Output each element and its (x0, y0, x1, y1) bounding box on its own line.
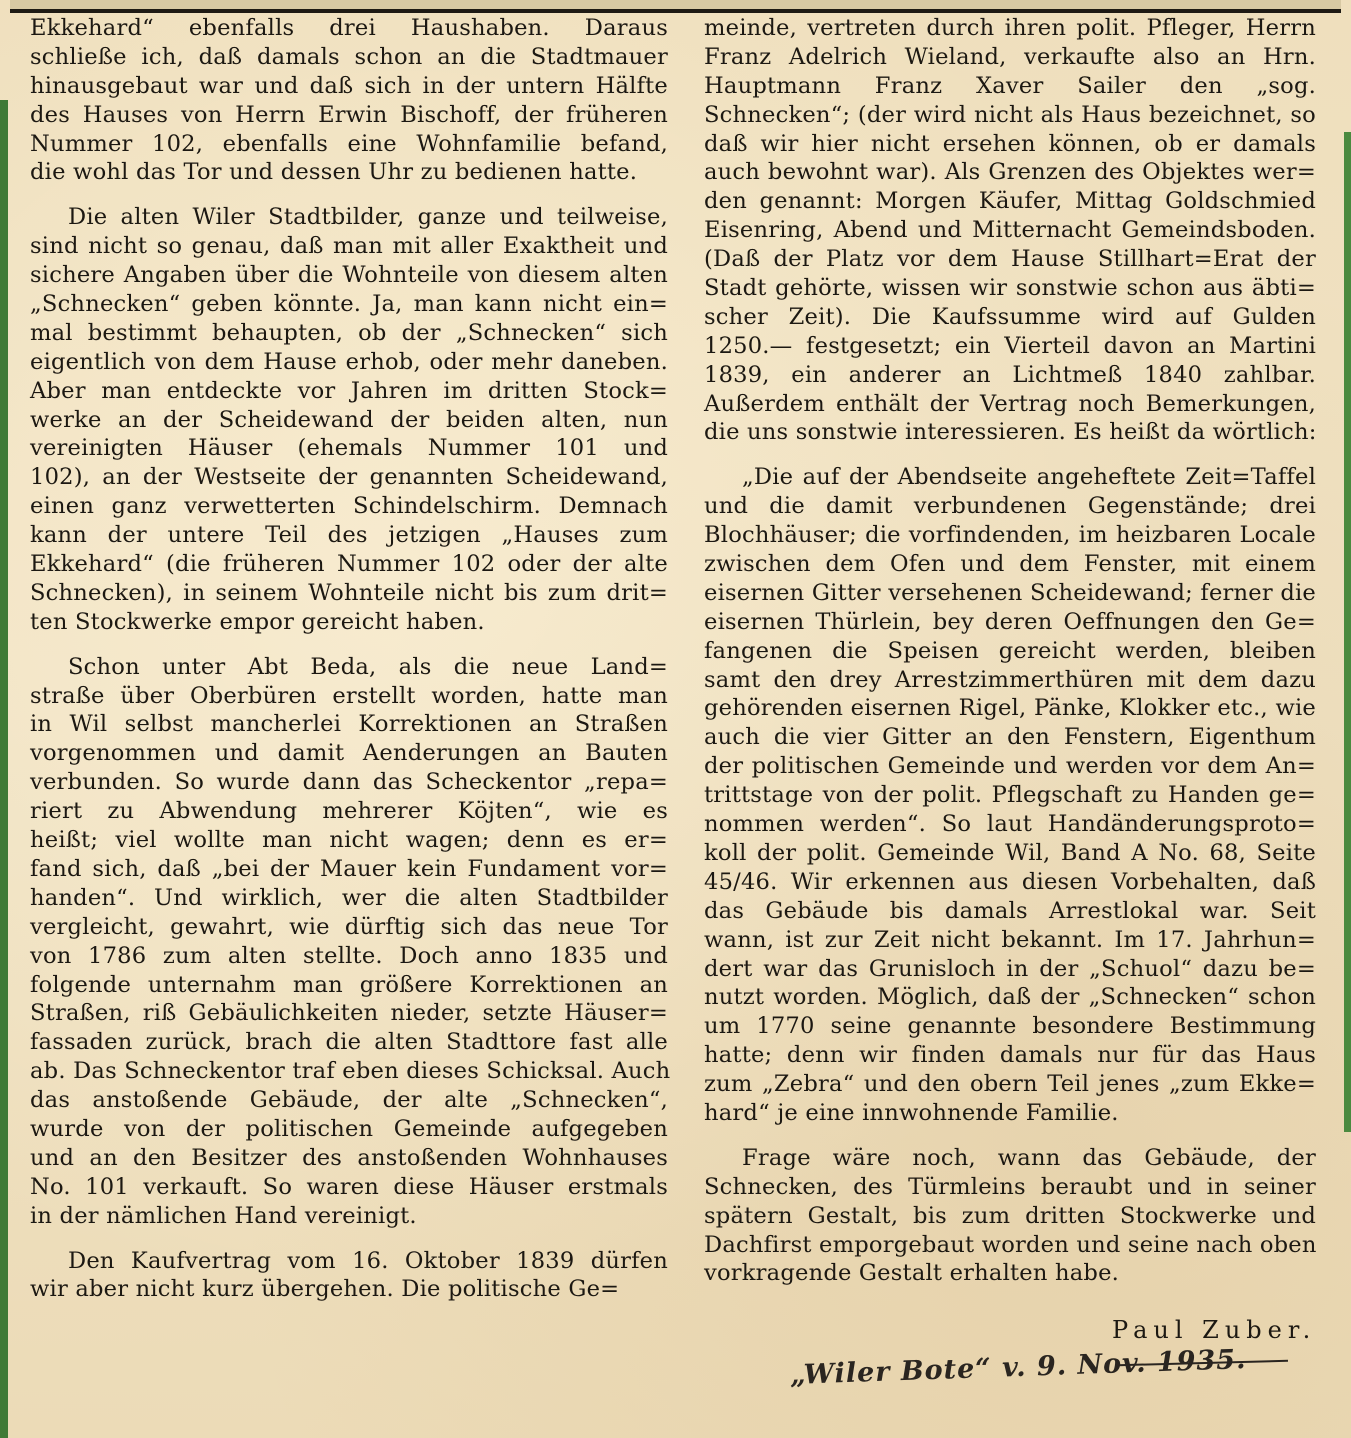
text-line: hatte; denn wir finden damals nur für da… (704, 1041, 1316, 1070)
top-column-rule (10, 0, 1341, 13)
paragraph: Den Kaufvertrag vom 16. Oktober 1839 dür… (30, 1247, 668, 1305)
author-signature: Paul Zuber. (1112, 1316, 1316, 1344)
text-line: vorgenommen und damit Aenderungen an Bau… (30, 739, 668, 768)
text-line: straße über Oberbüren erstellt worden, h… (30, 682, 668, 711)
right-column: meinde, vertreten durch ihren polit. Pfl… (704, 14, 1316, 1288)
text-line: werke an der Scheidewand der beiden alte… (30, 406, 668, 435)
paragraph: Ekkehard“ ebenfalls drei Haushaben. Dara… (30, 14, 668, 187)
text-line: zwischen dem Ofen und dem Fenster, mit e… (704, 550, 1316, 579)
text-line: trittstage von der polit. Pflegschaft zu… (704, 781, 1316, 810)
text-line: dert war das Grunisloch in der „Schuol“ … (704, 955, 1316, 984)
green-background-edge-left (0, 100, 8, 1438)
text-line: Schon unter Abt Beda, als die neue Land= (30, 653, 668, 682)
text-line: 1839, ein anderer an Lichtmeß 1840 zahlb… (704, 361, 1316, 390)
text-line: (Daß der Platz vor dem Hause Stillhart=E… (704, 245, 1316, 274)
text-line: Schnecken, des Türmleins beraubt und in … (704, 1173, 1316, 1202)
paragraph-gap (30, 1231, 668, 1247)
text-line: mal bestimmt behaupten, ob der „Schnecke… (30, 319, 668, 348)
text-line: vereinigten Häuser (ehemals Nummer 101 u… (30, 434, 668, 463)
text-line: Blochhäuser; die vorfindenden, im heizba… (704, 521, 1316, 550)
text-line: Außerdem enthält der Vertrag noch Bemerk… (704, 390, 1316, 419)
text-line: zum „Zebra“ und den obern Teil jenes „zu… (704, 1070, 1316, 1099)
text-line: 102), an der Westseite der genannten Sch… (30, 463, 668, 492)
paragraph-gap (30, 187, 668, 203)
text-line: Ekkehard“ (die früheren Nummer 102 oder … (30, 550, 668, 579)
text-line: Ekkehard“ ebenfalls drei Haushaben. Dara… (30, 14, 668, 43)
text-line: schließe ich, daß damals schon an die St… (30, 43, 668, 72)
green-background-edge-right (1344, 132, 1351, 1132)
text-line: scher Zeit). Die Kaufssumme wird auf Gul… (704, 303, 1316, 332)
text-line: sichere Angaben über die Wohnteile von d… (30, 261, 668, 290)
text-line: ten Stockwerke empor gereicht haben. (30, 608, 668, 637)
left-column: Ekkehard“ ebenfalls drei Haushaben. Dara… (30, 14, 668, 1304)
paragraph-gap (30, 637, 668, 653)
text-line: handen“. Und wirklich, wer die alten Sta… (30, 884, 668, 913)
text-line: eigentlich von dem Hause erhob, oder meh… (30, 348, 668, 377)
text-line: spätern Gestalt, bis zum dritten Stockwe… (704, 1202, 1316, 1231)
text-line: hinausgebaut war und daß sich in der unt… (30, 72, 668, 101)
text-line: nutzt worden. Möglich, daß der „Schnecke… (704, 983, 1316, 1012)
text-line: der politischen Gemeinde und werden vor … (704, 752, 1316, 781)
text-line: 1250.— festgesetzt; ein Vierteil davon a… (704, 332, 1316, 361)
paragraph: Frage wäre noch, wann das Gebäude, derSc… (704, 1144, 1316, 1288)
text-line: daß wir hier nicht ersehen können, ob er… (704, 130, 1316, 159)
text-line: samt den drey Arrestzimmerthüren mit dem… (704, 666, 1316, 695)
text-line: riert zu Abwendung mehrerer Köjten“, wie… (30, 797, 668, 826)
text-line: nommen werden“. So laut Handänderungspro… (704, 810, 1316, 839)
text-line: koll der polit. Gemeinde Wil, Band A No.… (704, 839, 1316, 868)
paragraph: „Die auf der Abendseite angeheftete Zeit… (704, 463, 1316, 1127)
text-line: folgende unternahm man größere Korrektio… (30, 971, 668, 1000)
text-line: fand sich, daß „bei der Mauer kein Funda… (30, 855, 668, 884)
text-line: und an den Besitzer des anstoßenden Wohn… (30, 1144, 668, 1173)
paragraph: Die alten Wiler Stadtbilder, ganze und t… (30, 203, 668, 636)
text-line: Eisenring, Abend und Mitternacht Gemeind… (704, 216, 1316, 245)
text-line: kann der untere Teil des jetzigen „Hause… (30, 521, 668, 550)
text-line: das Gebäude bis damals Arrestlokal war. … (704, 897, 1316, 926)
text-line: „Die auf der Abendseite angeheftete Zeit… (704, 463, 1316, 492)
text-line: um 1770 seine genannte besondere Bestimm… (704, 1012, 1316, 1041)
text-line: das anstoßende Gebäude, der alte „Schnec… (30, 1086, 668, 1115)
paragraph: Schon unter Abt Beda, als die neue Land=… (30, 653, 668, 1231)
text-line: Nummer 102, ebenfalls eine Wohnfamilie b… (30, 130, 668, 159)
text-line: die uns sonstwie interessieren. Es heißt… (704, 418, 1316, 447)
text-line: auch die vier Gitter an den Fenstern, Ei… (704, 723, 1316, 752)
text-line: wurde von der politischen Gemeinde aufge… (30, 1115, 668, 1144)
text-line: die wohl das Tor und dessen Uhr zu bedie… (30, 158, 668, 187)
text-line: 45/46. Wir erkennen aus diesen Vorbehalt… (704, 868, 1316, 897)
text-line: vorkragende Gestalt erhalten habe. (704, 1259, 1316, 1288)
text-line: in Wil selbst mancherlei Korrektionen an… (30, 710, 668, 739)
text-line: Schnecken“; (der wird nicht als Haus bez… (704, 101, 1316, 130)
text-line: den genannt: Morgen Käufer, Mittag Golds… (704, 187, 1316, 216)
text-line: fassaden zurück, brach die alten Stadtto… (30, 1028, 668, 1057)
paragraph: meinde, vertreten durch ihren polit. Pfl… (704, 14, 1316, 447)
text-line: gehörenden eisernen Rigel, Pänke, Klokke… (704, 694, 1316, 723)
text-line: eisernen Gitter versehenen Scheidewand; … (704, 579, 1316, 608)
text-line: des Hauses von Herrn Erwin Bischoff, der… (30, 101, 668, 130)
text-line: Stadt gehörte, wissen wir sonstwie schon… (704, 274, 1316, 303)
text-line: heißt; viel wollte man nicht wagen; denn… (30, 826, 668, 855)
text-line: No. 101 verkauft. So waren diese Häuser … (30, 1173, 668, 1202)
text-line: Die alten Wiler Stadtbilder, ganze und t… (30, 203, 668, 232)
text-line: Straßen, riß Gebäulichkeiten nieder, set… (30, 999, 668, 1028)
text-line: in der nämlichen Hand vereinigt. (30, 1202, 668, 1231)
text-line: meinde, vertreten durch ihren polit. Pfl… (704, 14, 1316, 43)
text-line: „Schnecken“ geben könnte. Ja, man kann n… (30, 290, 668, 319)
text-line: verbunden. So wurde dann das Scheckentor… (30, 768, 668, 797)
text-line: Schnecken), in seinem Wohnteile nicht bi… (30, 579, 668, 608)
text-line: ab. Das Schneckentor traf eben dieses Sc… (30, 1057, 668, 1086)
text-line: Frage wäre noch, wann das Gebäude, der (704, 1144, 1316, 1173)
text-line: eisernen Thürlein, bey deren Oeffnungen … (704, 608, 1316, 637)
text-line: vergleicht, gewahrt, wie dürftig sich da… (30, 913, 668, 942)
text-line: hard“ je eine innwohnende Familie. (704, 1099, 1316, 1128)
paragraph-gap (704, 1128, 1316, 1144)
text-line: sind nicht so genau, daß man mit aller E… (30, 232, 668, 261)
text-line: Franz Adelrich Wieland, verkaufte also a… (704, 43, 1316, 72)
text-line: Den Kaufvertrag vom 16. Oktober 1839 dür… (30, 1247, 668, 1276)
text-line: Dachfirst emporgebaut worden und seine n… (704, 1231, 1316, 1260)
paragraph-gap (704, 447, 1316, 463)
text-line: wann, ist zur Zeit nicht bekannt. Im 17.… (704, 926, 1316, 955)
text-line: wir aber nicht kurz übergehen. Die polit… (30, 1275, 668, 1304)
text-line: Hauptmann Franz Xaver Sailer den „sog. (704, 72, 1316, 101)
text-line: und die damit verbundenen Gegenstände; d… (704, 492, 1316, 521)
text-line: auch bewohnt war). Als Grenzen des Objek… (704, 158, 1316, 187)
text-line: Aber man entdeckte vor Jahren im dritten… (30, 377, 668, 406)
text-line: von 1786 zum alten stellte. Doch anno 18… (30, 942, 668, 971)
text-line: fangenen die Speisen gereicht werden, bl… (704, 637, 1316, 666)
text-line: einen ganz verwetterten Schindelschirm. … (30, 492, 668, 521)
